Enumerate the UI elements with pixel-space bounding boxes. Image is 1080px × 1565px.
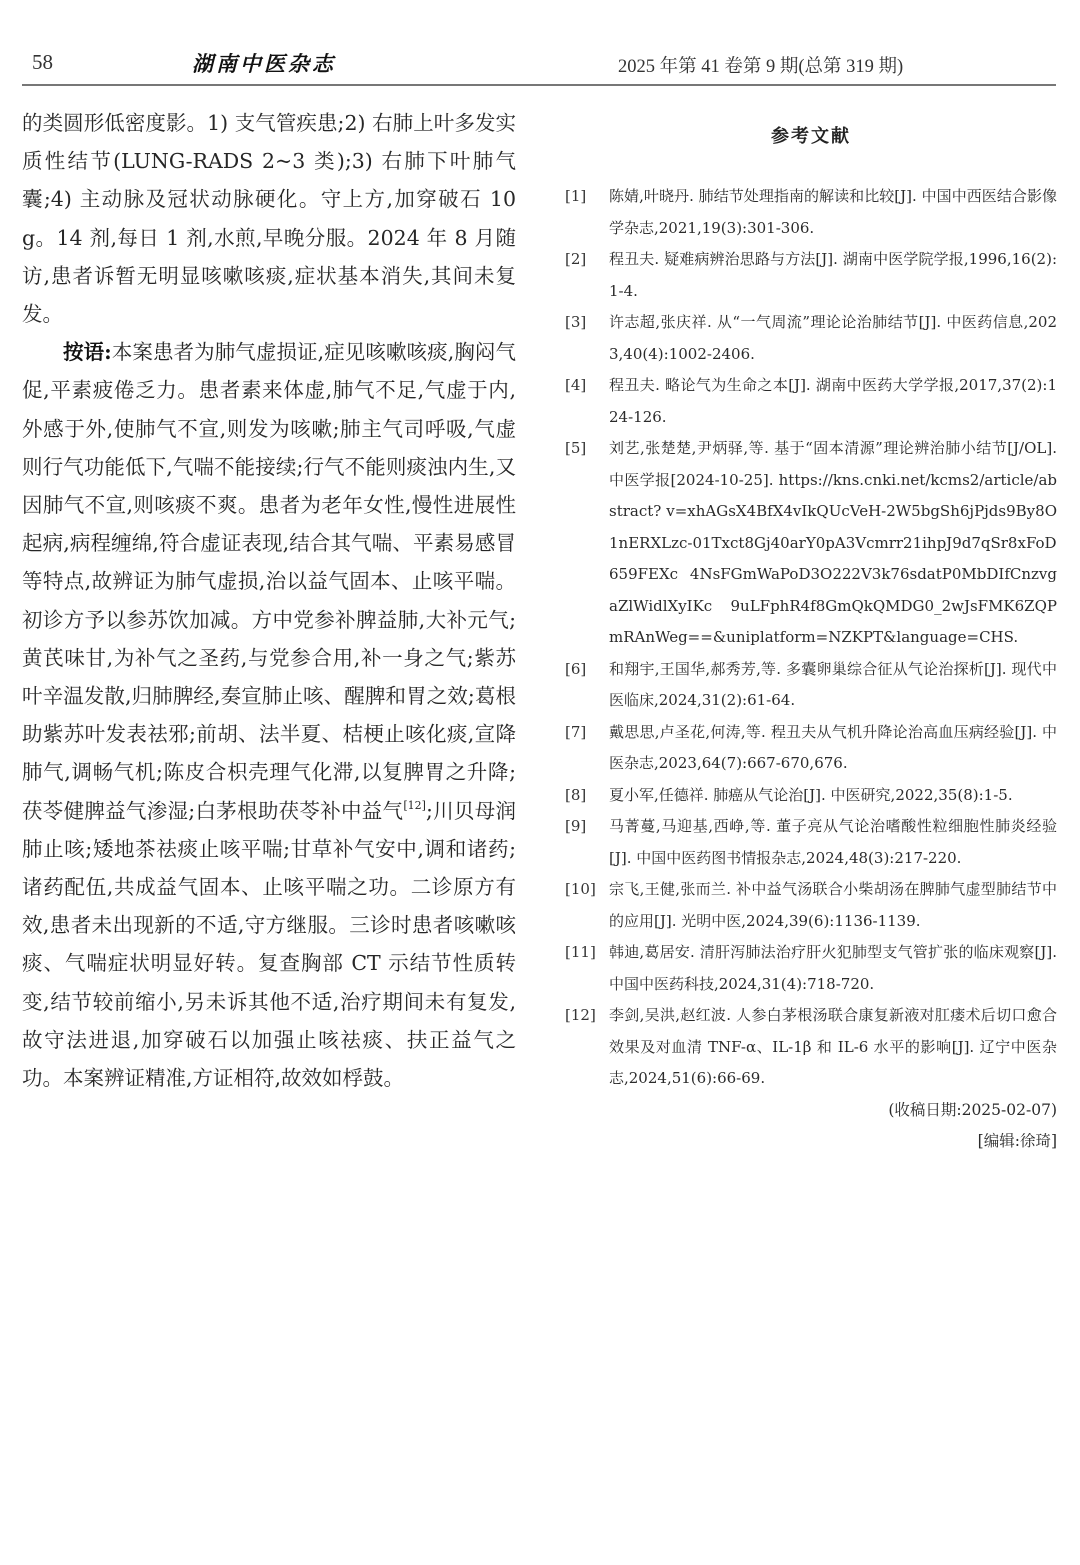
reference-number: [1]	[565, 181, 609, 244]
paragraph-commentary: 按语:本案患者为肺气虚损证,症见咳嗽咳痰,胸闷气促,平素疲倦乏力。患者素来体虚,…	[22, 333, 516, 1097]
reference-number: [10]	[565, 874, 609, 937]
reference-text: 和翔宇,王国华,郝秀芳,等. 多囊卵巢综合征从气论治探析[J]. 现代中医临床,…	[609, 654, 1057, 717]
commentary-text-1: 本案患者为肺气虚损证,症见咳嗽咳痰,胸闷气促,平素疲倦乏力。患者素来体虚,肺气不…	[22, 340, 516, 822]
reference-item: [11]韩迪,葛居安. 清肝泻肺法治疗肝火犯肺型支气管扩张的临床观察[J]. 中…	[565, 937, 1057, 1000]
body-text-column: 的类圆形低密度影。1) 支气管疾患;2) 右肺上叶多发实质性结节(LUNG-RA…	[22, 104, 516, 1097]
commentary-lead: 按语:	[63, 340, 112, 364]
journal-name-logo: 湖南中医杂志	[192, 48, 336, 78]
references-title: 参考文献	[565, 122, 1057, 148]
reference-item: [8]夏小军,任德祥. 肺癌从气论治[J]. 中医研究,2022,35(8):1…	[565, 780, 1057, 812]
reference-item: [9]马菁蔓,马迎基,西峥,等. 董子亮从气论治嗜酸性粒细胞性肺炎经验[J]. …	[565, 811, 1057, 874]
reference-item: [3]许志超,张庆祥. 从“一气周流”理论论治肺结节[J]. 中医药信息,202…	[565, 307, 1057, 370]
reference-number: [8]	[565, 780, 609, 812]
reference-number: [6]	[565, 654, 609, 717]
issue-info: 2025 年第 41 卷第 9 期(总第 319 期)	[618, 52, 903, 78]
reference-text: 宗飞,王健,张而兰. 补中益气汤联合小柴胡汤在脾肺气虚型肺结节中的应用[J]. …	[609, 874, 1057, 937]
references-column: 参考文献 [1]陈婧,叶晓丹. 肺结节处理指南的解读和比较[J]. 中国中西医结…	[565, 122, 1057, 1157]
reference-item: [5]刘艺,张楚楚,尹炳驿,等. 基于“固本清源”理论辨治肺小结节[J/OL].…	[565, 433, 1057, 654]
page-header: 58 湖南中医杂志 2025 年第 41 卷第 9 期(总第 319 期)	[22, 48, 1056, 84]
reference-number: [9]	[565, 811, 609, 874]
reference-number: [2]	[565, 244, 609, 307]
reference-item: [2]程丑夫. 疑难病辨治思路与方法[J]. 湖南中医学院学报,1996,16(…	[565, 244, 1057, 307]
commentary-text-2: ;川贝母润肺止咳;矮地茶祛痰止咳平喘;甘草补气安中,调和诸药;诸药配伍,共成益气…	[22, 799, 516, 1090]
reference-text: 韩迪,葛居安. 清肝泻肺法治疗肝火犯肺型支气管扩张的临床观察[J]. 中国中医药…	[609, 937, 1057, 1000]
reference-text[interactable]: 刘艺,张楚楚,尹炳驿,等. 基于“固本清源”理论辨治肺小结节[J/OL]. 中医…	[609, 433, 1057, 654]
reference-number: [7]	[565, 717, 609, 780]
reference-number: [5]	[565, 433, 609, 654]
reference-number: [4]	[565, 370, 609, 433]
reference-item: [7]戴思思,卢圣花,何涛,等. 程丑夫从气机升降论治高血压病经验[J]. 中医…	[565, 717, 1057, 780]
reference-item: [10]宗飞,王健,张而兰. 补中益气汤联合小柴胡汤在脾肺气虚型肺结节中的应用[…	[565, 874, 1057, 937]
reference-text: 戴思思,卢圣花,何涛,等. 程丑夫从气机升降论治高血压病经验[J]. 中医杂志,…	[609, 717, 1057, 780]
header-divider	[22, 84, 1056, 86]
reference-text: 程丑夫. 略论气为生命之本[J]. 湖南中医药大学学报,2017,37(2):1…	[609, 370, 1057, 433]
reference-item: [12]李剑,吴洪,赵红波. 人参白茅根汤联合康复新液对肛瘘术后切口愈合效果及对…	[565, 1000, 1057, 1095]
reference-number: [11]	[565, 937, 609, 1000]
reference-text: 程丑夫. 疑难病辨治思路与方法[J]. 湖南中医学院学报,1996,16(2):…	[609, 244, 1057, 307]
reference-item: [4]程丑夫. 略论气为生命之本[J]. 湖南中医药大学学报,2017,37(2…	[565, 370, 1057, 433]
reference-text: 夏小军,任德祥. 肺癌从气论治[J]. 中医研究,2022,35(8):1-5.	[609, 780, 1057, 812]
page-number: 58	[32, 50, 53, 75]
editor-credit: [编辑:徐琦]	[565, 1126, 1057, 1157]
received-date: (收稿日期:2025-02-07)	[565, 1095, 1057, 1126]
reference-text: 许志超,张庆祥. 从“一气周流”理论论治肺结节[J]. 中医药信息,2023,4…	[609, 307, 1057, 370]
paragraph-case-followup: 的类圆形低密度影。1) 支气管疾患;2) 右肺上叶多发实质性结节(LUNG-RA…	[22, 104, 516, 333]
reference-text: 马菁蔓,马迎基,西峥,等. 董子亮从气论治嗜酸性粒细胞性肺炎经验[J]. 中国中…	[609, 811, 1057, 874]
citation-marker[interactable]: [12]	[403, 799, 426, 812]
reference-text: 李剑,吴洪,赵红波. 人参白茅根汤联合康复新液对肛瘘术后切口愈合效果及对血清 T…	[609, 1000, 1057, 1095]
reference-item: [1]陈婧,叶晓丹. 肺结节处理指南的解读和比较[J]. 中国中西医结合影像学杂…	[565, 181, 1057, 244]
reference-item: [6]和翔宇,王国华,郝秀芳,等. 多囊卵巢综合征从气论治探析[J]. 现代中医…	[565, 654, 1057, 717]
reference-text: 陈婧,叶晓丹. 肺结节处理指南的解读和比较[J]. 中国中西医结合影像学杂志,2…	[609, 181, 1057, 244]
reference-number: [12]	[565, 1000, 609, 1095]
reference-number: [3]	[565, 307, 609, 370]
